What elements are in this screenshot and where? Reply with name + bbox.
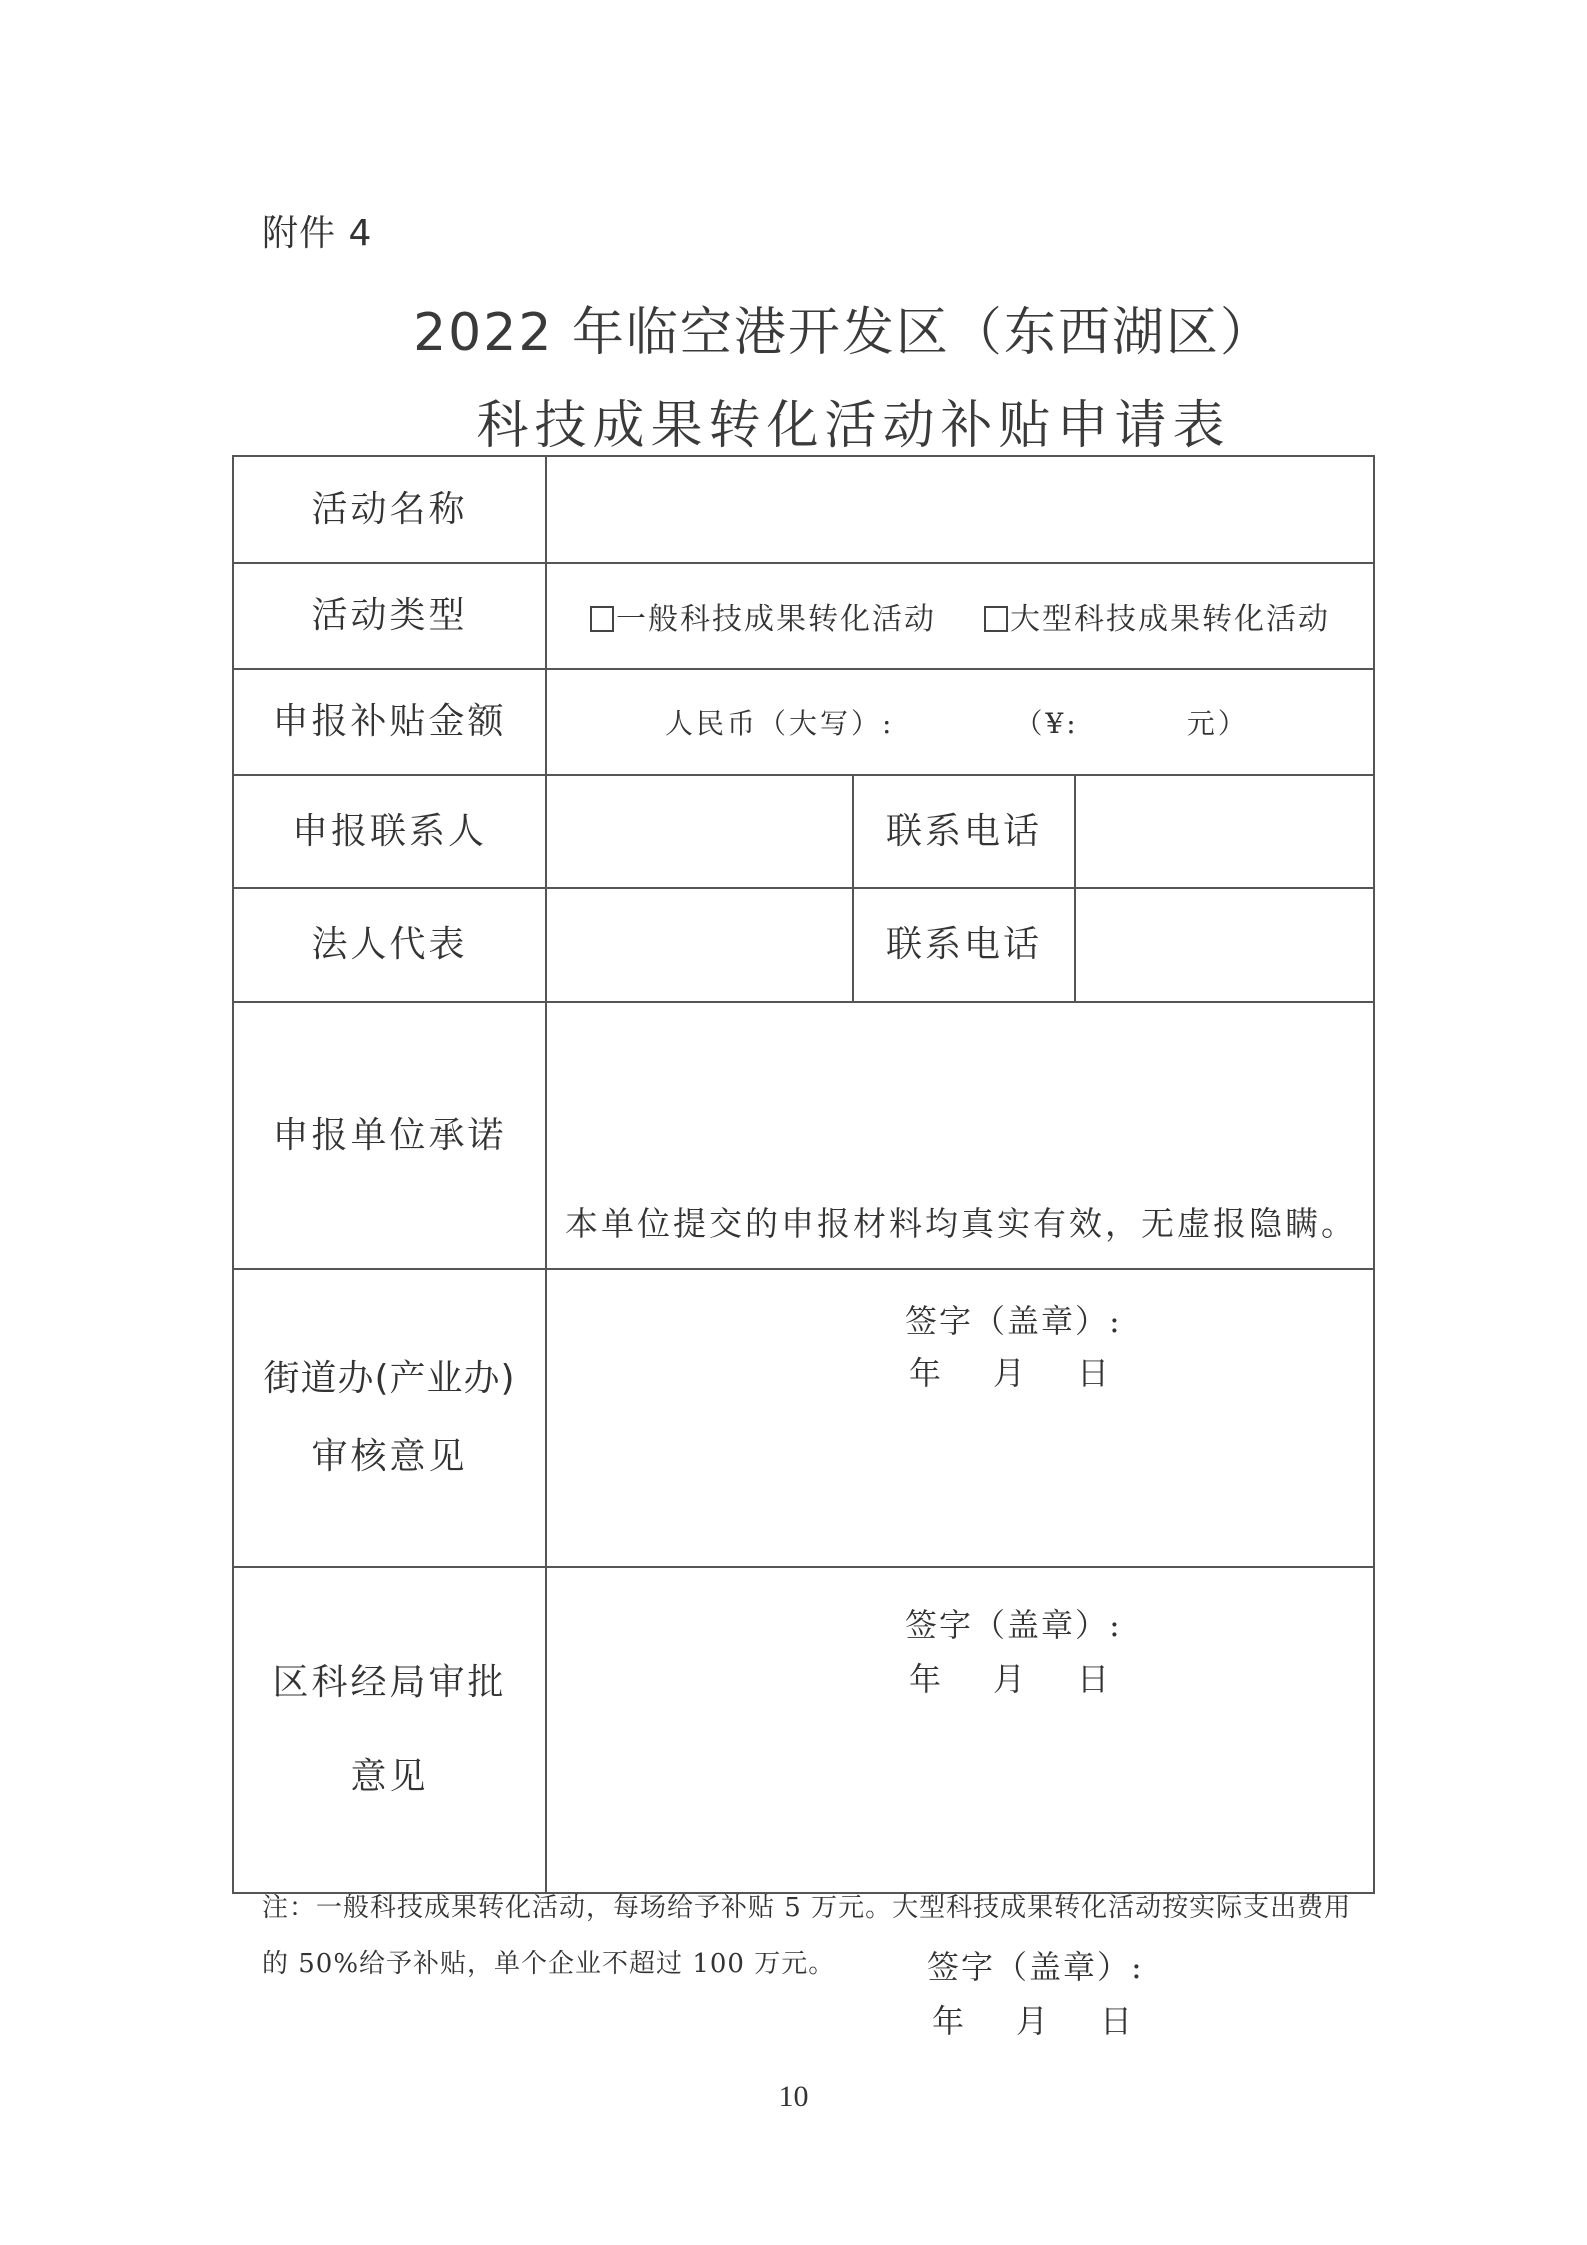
signature-seal-label: 签字（盖章）: bbox=[905, 1296, 1122, 1342]
page-number: 10 bbox=[0, 2080, 1587, 2114]
option-large-activity[interactable]: 大型科技成果转化活动 bbox=[984, 594, 1330, 638]
street-office-review-label: 街道办(产业办) 审核意见 bbox=[233, 1269, 546, 1567]
rmb-words-label: 人民币（大写）: bbox=[665, 702, 894, 742]
option-general-activity[interactable]: 一般科技成果转化活动 bbox=[590, 594, 936, 638]
date-month-label: 月 bbox=[993, 1348, 1025, 1394]
checkbox-icon[interactable] bbox=[590, 606, 614, 632]
date-year-label: 年 bbox=[909, 1348, 941, 1394]
row-applicant-pledge: 申报单位承诺 本单位提交的申报材料均真实有效，无虚报隐瞒。 签字（盖章）: 年月… bbox=[233, 1002, 1374, 1269]
date-day-label: 日 bbox=[1100, 1996, 1132, 2042]
pledge-statement: 本单位提交的申报材料均真实有效，无虚报隐瞒。 bbox=[565, 1198, 1357, 1245]
option-large-label: 大型科技成果转化活动 bbox=[1010, 602, 1330, 637]
date-month-label: 月 bbox=[993, 1654, 1025, 1700]
row-legal-representative: 法人代表 联系电话 bbox=[233, 888, 1374, 1002]
attachment-label: 附件 4 bbox=[262, 205, 372, 256]
activity-name-label: 活动名称 bbox=[233, 456, 546, 563]
district-bureau-approval-label: 区科经局审批 意见 bbox=[233, 1567, 546, 1893]
signature-date[interactable]: 年月日 bbox=[909, 1348, 1109, 1394]
district-bureau-label-line2: 意见 bbox=[234, 1748, 545, 1806]
option-general-label: 一般科技成果转化活动 bbox=[616, 602, 936, 637]
date-month-label: 月 bbox=[1016, 1996, 1048, 2042]
date-year-label: 年 bbox=[909, 1654, 941, 1700]
applicant-pledge-label: 申报单位承诺 bbox=[233, 1002, 546, 1269]
date-day-label: 日 bbox=[1077, 1348, 1109, 1394]
subsidy-amount-label: 申报补贴金额 bbox=[233, 669, 546, 775]
document-title-line1: 2022 年临空港开发区（东西湖区） bbox=[50, 290, 1587, 365]
district-bureau-label-line1: 区科经局审批 bbox=[234, 1654, 545, 1712]
application-form-table: 活动名称 活动类型 一般科技成果转化活动 大型科技成果转化活动 申报补贴金额 人… bbox=[232, 455, 1375, 1894]
activity-type-label: 活动类型 bbox=[233, 563, 546, 669]
footnote: 注：一般科技成果转化活动，每场给予补贴 5 万元。大型科技成果转化活动按实际支出… bbox=[262, 1880, 1372, 1992]
date-day-label: 日 bbox=[1077, 1654, 1109, 1700]
row-applicant-contact: 申报联系人 联系电话 bbox=[233, 775, 1374, 888]
applicant-pledge-cell: 本单位提交的申报材料均真实有效，无虚报隐瞒。 签字（盖章）: 年月日 bbox=[546, 1002, 1374, 1269]
activity-name-field[interactable] bbox=[546, 456, 1374, 563]
document-title-line2: 科技成果转化活动补贴申请表 bbox=[60, 383, 1587, 458]
applicant-phone-label: 联系电话 bbox=[853, 775, 1075, 888]
applicant-contact-input[interactable] bbox=[546, 775, 853, 888]
applicant-contact-label: 申报联系人 bbox=[233, 775, 546, 888]
legal-rep-label: 法人代表 bbox=[233, 888, 546, 1002]
activity-type-options: 一般科技成果转化活动 大型科技成果转化活动 bbox=[546, 563, 1374, 669]
signature-seal-label: 签字（盖章）: bbox=[905, 1600, 1122, 1646]
street-office-label-line2: 审核意见 bbox=[234, 1428, 545, 1486]
legal-rep-input[interactable] bbox=[546, 888, 853, 1002]
checkbox-icon[interactable] bbox=[984, 606, 1008, 632]
legal-rep-phone-input[interactable] bbox=[1075, 888, 1374, 1002]
signature-date[interactable]: 年月日 bbox=[909, 1654, 1109, 1700]
yen-label: （¥: bbox=[1014, 702, 1078, 742]
legal-rep-phone-label: 联系电话 bbox=[853, 888, 1075, 1002]
yuan-label: 元） bbox=[1187, 702, 1249, 742]
row-activity-type: 活动类型 一般科技成果转化活动 大型科技成果转化活动 bbox=[233, 563, 1374, 669]
date-year-label: 年 bbox=[932, 1996, 964, 2042]
row-district-bureau-approval: 区科经局审批 意见 签字（盖章）: 年月日 bbox=[233, 1567, 1374, 1893]
row-street-office-review: 街道办(产业办) 审核意见 签字（盖章）: 年月日 bbox=[233, 1269, 1374, 1567]
applicant-phone-input[interactable] bbox=[1075, 775, 1374, 888]
subsidy-amount-field[interactable]: 人民币（大写）: （¥: 元） bbox=[546, 669, 1374, 775]
row-activity-name: 活动名称 bbox=[233, 456, 1374, 563]
signature-date[interactable]: 年月日 bbox=[932, 1996, 1132, 2042]
row-subsidy-amount: 申报补贴金额 人民币（大写）: （¥: 元） bbox=[233, 669, 1374, 775]
street-office-label-line1: 街道办(产业办) bbox=[234, 1350, 545, 1408]
